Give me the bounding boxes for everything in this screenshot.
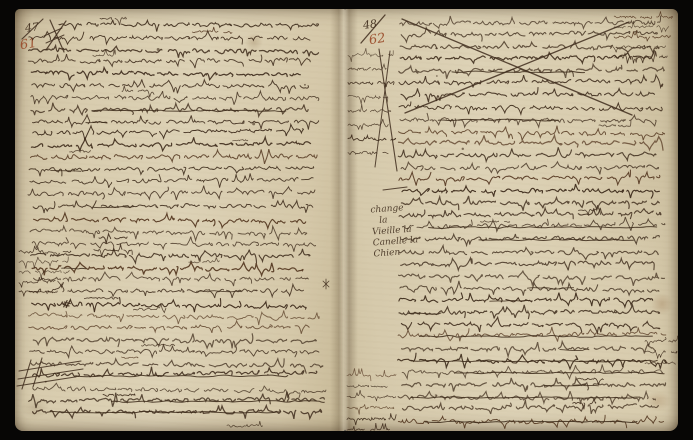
manuscript-page-right: 48 62 change la Vieille la Canelle la Ch… [345, 9, 678, 431]
right-page-handwriting [345, 9, 678, 431]
manuscript-photo: 47 61 # 48 62 change la Vieille la Canel… [0, 0, 693, 440]
manuscript-page-left: 47 61 # [15, 9, 345, 431]
left-page-handwriting [15, 9, 345, 431]
